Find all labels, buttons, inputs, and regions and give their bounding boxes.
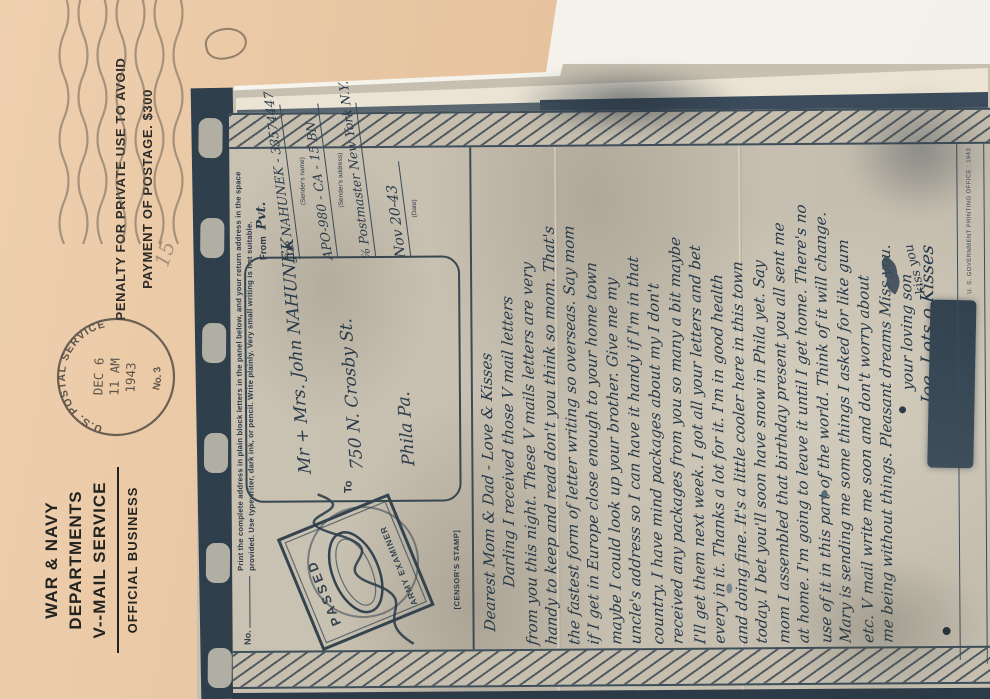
- censor-examiner-label: ARMY EXAMINER: [378, 525, 420, 607]
- from-block: From Pvt. Joe NAHUNEK - 33574447 (Sender…: [252, 100, 420, 260]
- sender-rank: Pvt.: [254, 202, 270, 230]
- no-label: No.: [243, 630, 253, 645]
- form-header: No. Print the complete address in plain …: [229, 147, 474, 651]
- censor-stamp: PASSED ARMY EXAMINER: [257, 476, 453, 662]
- to-address-panel: To Mr + Mrs. John NAHUNEK 750 N. Crosby …: [244, 255, 462, 503]
- photostat-letter: No. Print the complete address in plain …: [0, 0, 990, 699]
- no-blank-line: [240, 576, 250, 628]
- letter-date: Nov 20-43: [384, 185, 410, 258]
- scanned-vmail-document: PENALTY FOR PRIVATE USE TO AVOID PAYMENT…: [0, 0, 990, 699]
- date-caption: (Date): [410, 160, 419, 256]
- to-label: To: [343, 481, 355, 494]
- photostat-smudge: [845, 86, 990, 216]
- photostat-smudge: [512, 66, 742, 136]
- photostat-smudge: [775, 555, 990, 699]
- to-address: Mr + Mrs. John NAHUNEK 750 N. Crosby St.…: [262, 228, 436, 476]
- form-number-field: No.: [240, 576, 252, 645]
- ink-spot: [822, 490, 828, 499]
- from-label: From: [258, 236, 270, 260]
- ink-spot: [899, 406, 906, 413]
- ink-spot: [726, 584, 732, 594]
- censor-stamp-caption: [CENSOR'S STAMP]: [452, 530, 462, 610]
- form-border-line: [983, 144, 988, 664]
